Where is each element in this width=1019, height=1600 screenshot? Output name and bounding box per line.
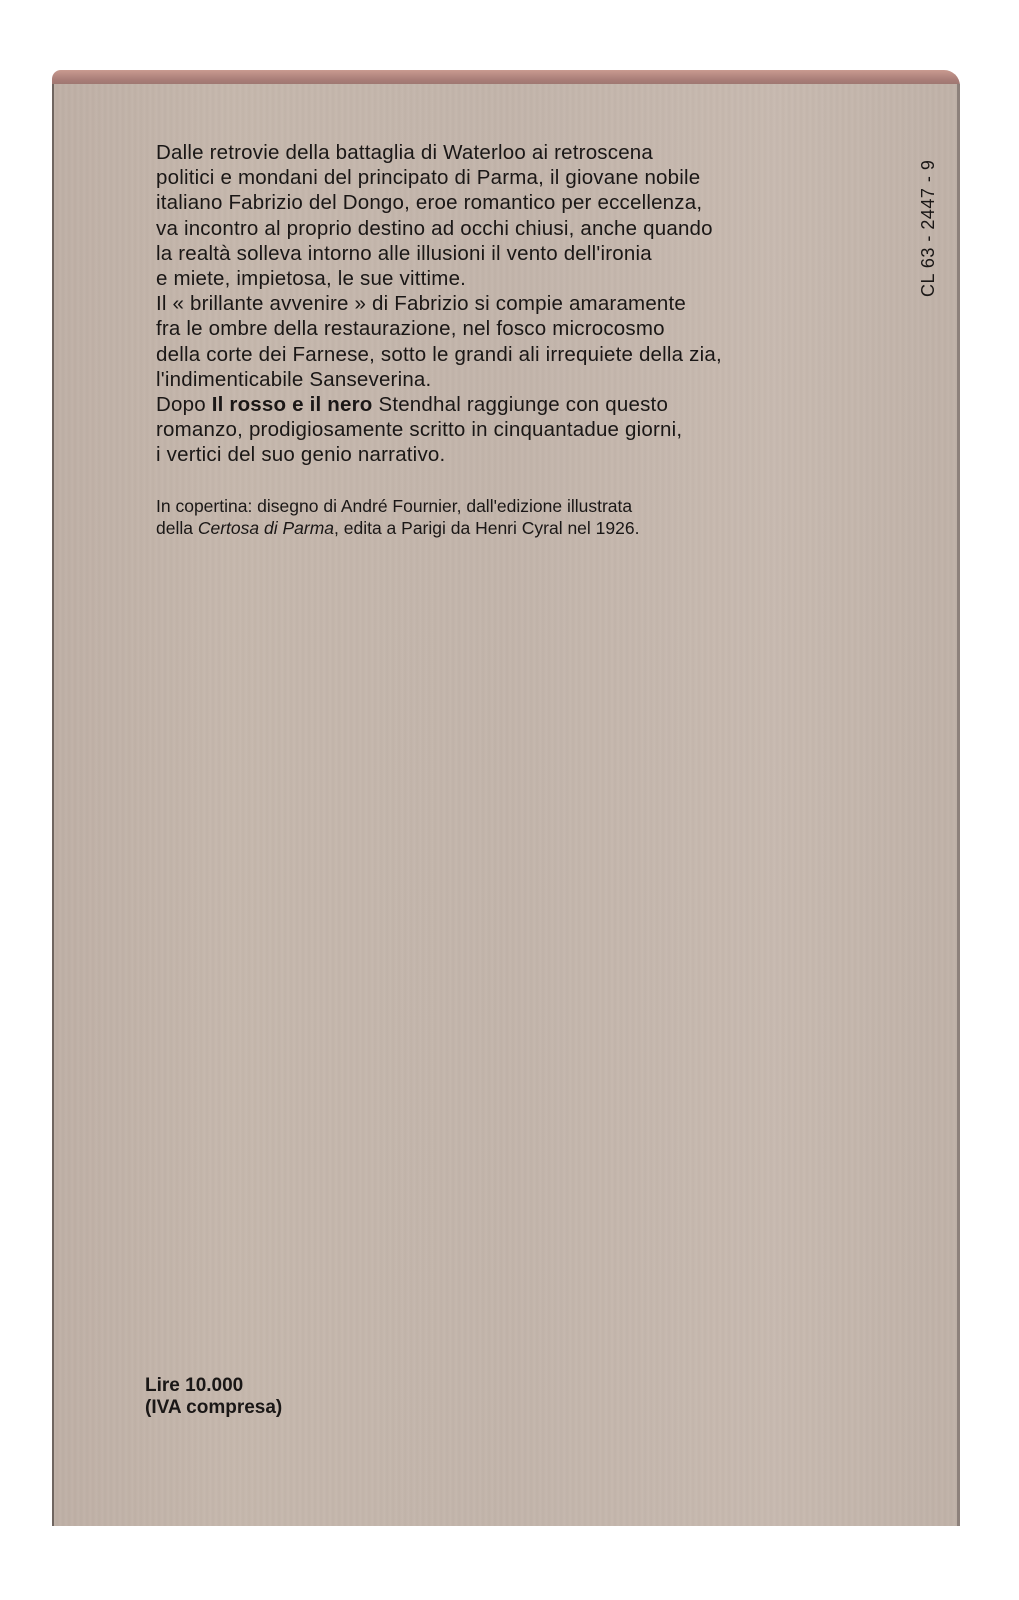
blurb-dopo-line: Dopo Il rosso e il nero Stendhal raggiun…	[156, 392, 856, 417]
credit-title: Certosa di Parma	[198, 518, 334, 538]
blurb-line: politici e mondani del principato di Par…	[156, 165, 856, 190]
blurb-line: Il « brillante avvenire » di Fabrizio si…	[156, 291, 856, 316]
blurb-line: romanzo, prodigiosamente scritto in cinq…	[156, 417, 856, 442]
blurb-line: l'indimenticabile Sanseverina.	[156, 367, 856, 392]
credit-prefix: della	[156, 518, 198, 538]
price-block: Lire 10.000 (IVA compresa)	[145, 1375, 282, 1419]
blurb-line: della corte dei Farnese, sotto le grandi…	[156, 342, 856, 367]
back-cover-blurb: Dalle retrovie della battaglia di Waterl…	[156, 140, 856, 468]
credit-suffix: , edita a Parigi da Henri Cyral nel 1926…	[334, 518, 639, 538]
dopo-suffix: Stendhal raggiunge con questo	[373, 393, 669, 416]
blurb-line: fra le ombre della restaurazione, nel fo…	[156, 316, 856, 341]
price-amount: Lire 10.000	[145, 1375, 282, 1397]
credit-line-1: In copertina: disegno di André Fournier,…	[156, 495, 836, 517]
spine-code: CL 63 - 2447 - 9	[918, 160, 939, 297]
dopo-prefix: Dopo	[156, 393, 212, 416]
blurb-line: Dalle retrovie della battaglia di Waterl…	[156, 140, 856, 165]
blurb-line: e miete, impietosa, le sue vittime.	[156, 266, 856, 291]
cover-credit: In copertina: disegno di André Fournier,…	[156, 495, 836, 539]
blurb-line: i vertici del suo genio narrativo.	[156, 442, 856, 467]
blurb-line: la realtà solleva intorno alle illusioni…	[156, 241, 856, 266]
price-note: (IVA compresa)	[145, 1397, 282, 1419]
blurb-line: italiano Fabrizio del Dongo, eroe romant…	[156, 190, 856, 215]
credit-line-2: della Certosa di Parma, edita a Parigi d…	[156, 517, 836, 539]
blurb-line: va incontro al proprio destino ad occhi …	[156, 216, 856, 241]
novel-title-rosso-nero: Il rosso e il nero	[212, 393, 373, 416]
